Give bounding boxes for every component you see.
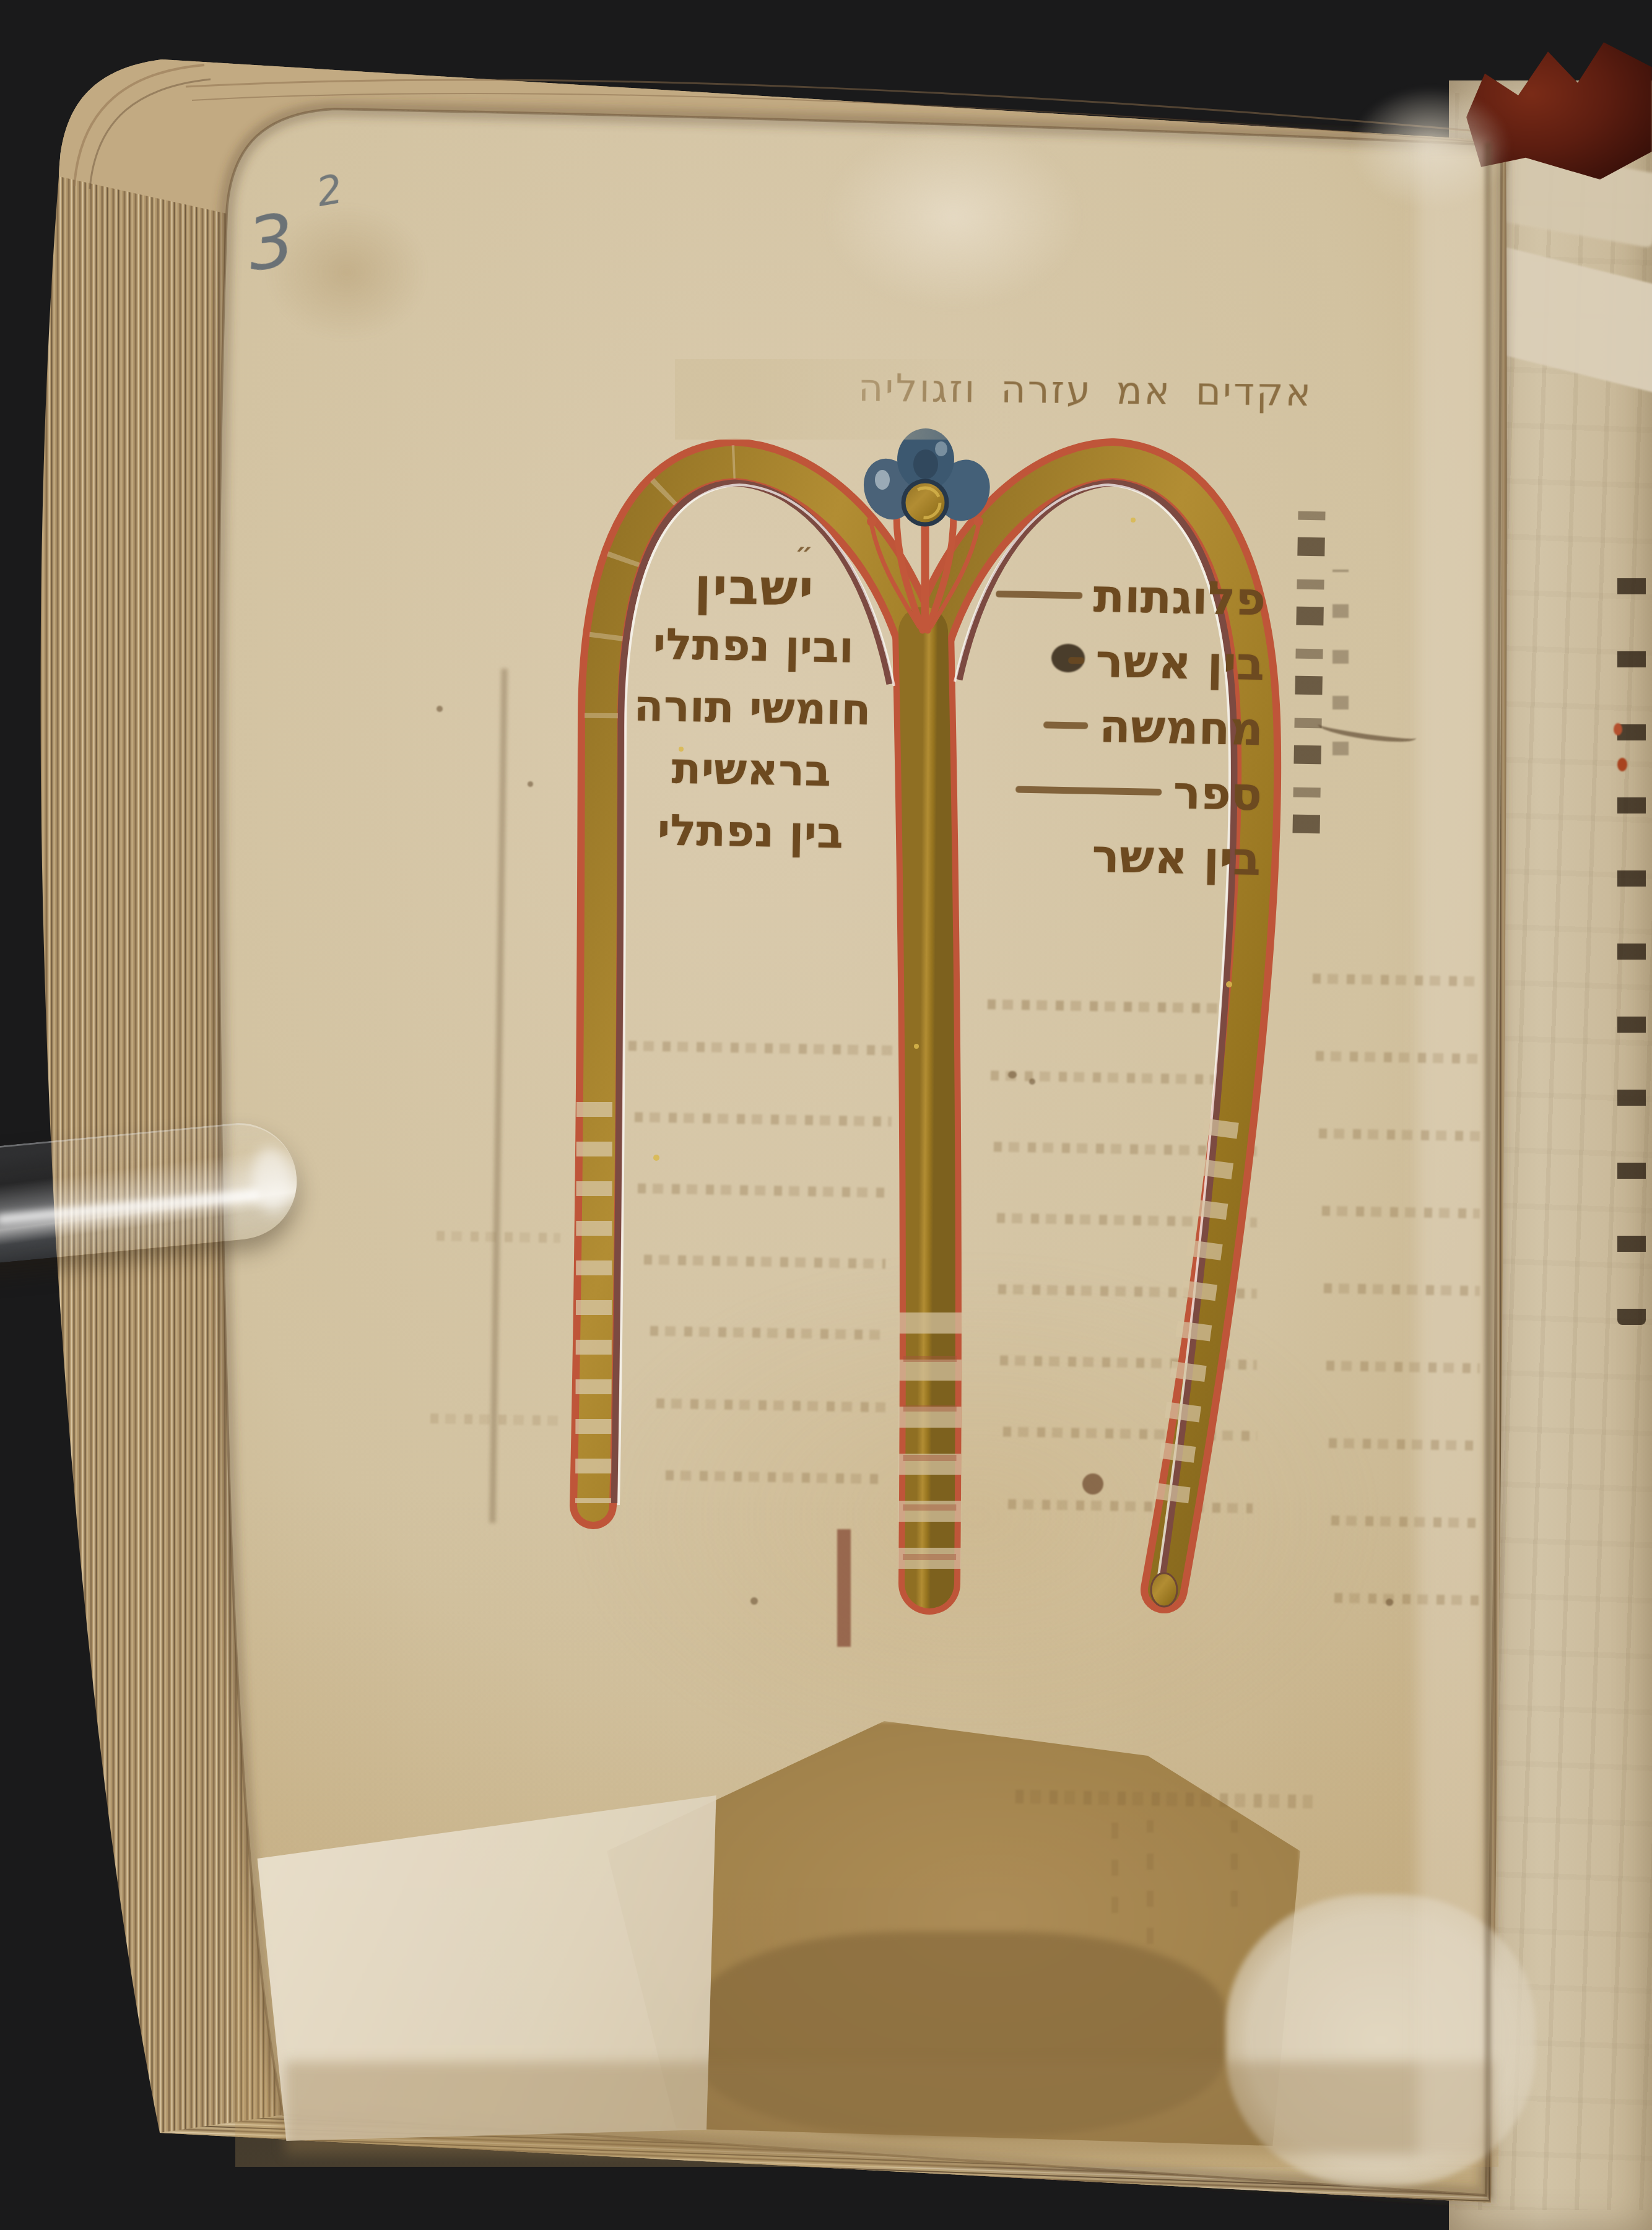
left-arch-text: ישבין״ ובין נפתלי חומשי תורה בראשית בין … [617,556,889,870]
line-filler [1016,786,1162,796]
right-arch-text: פלוגתות בין אשר מחמשה ספר בין אשר [926,566,1266,898]
faded-descender [1147,1820,1154,1944]
arch-text-line: בין אשר [926,826,1261,898]
arch-text-line: בראשית [617,742,885,808]
inscription-fade-overlay [675,359,1022,440]
arch-text-line: בין אשר [929,631,1265,703]
ink-speck [528,781,533,787]
glass-tip-highlight [249,1145,295,1215]
gold-leg-foot [1151,1573,1177,1607]
bottom-edge-shading [285,2062,1492,2154]
light-parchment-patch [824,124,1084,310]
arch-text-line: ישבין״ [621,556,889,622]
arch-text-line: ובין נפתלי [620,618,887,684]
manuscript-photo: אקדים אמ עזרה וזגוליה 3 2 פלוגתות בין אש… [0,0,1652,2230]
ink-speck [437,706,443,712]
faded-descender [1231,1820,1238,1907]
gutter-crease [1485,142,1491,2198]
arch-text-line: בין נפתלי [617,804,884,870]
glass-highlight [0,1189,260,1225]
fold-highlight [1418,142,1486,2161]
arch-text-line: חומשי תורה [619,680,886,746]
arch-text-line: ספר [927,761,1263,833]
line-filler [1068,657,1084,664]
line-filler [1043,721,1088,729]
faded-descender [1111,1820,1118,1913]
arch-text-line: מחמשה [928,696,1264,768]
arch-text-line: פלוגתות [931,566,1266,638]
diacritic-mark: ״ [795,538,814,567]
line-filler [996,591,1082,599]
